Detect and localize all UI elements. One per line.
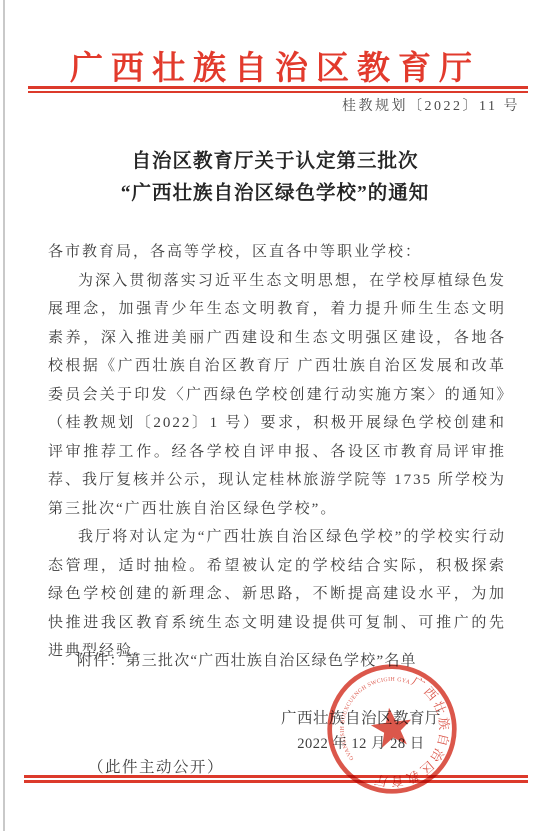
seal-star-icon xyxy=(369,705,415,749)
scan-edge-line xyxy=(3,0,5,831)
header-rule-bottom xyxy=(28,91,528,93)
seal-zhuang-ring-text: GVANGJSIH BOUXCUENGH SWCIGIH GYAUYUZDING… xyxy=(325,662,421,764)
body-paragraph-2: 我厅将对认定为“广西壮族自治区绿色学校”的学校实行动态管理，适时抽检。希望被认定… xyxy=(48,523,506,666)
header-rule-top xyxy=(28,86,528,89)
seal-chinese-ring-text: 广西壮族自治区教育厅 xyxy=(357,670,459,792)
letterhead-org-name: 广西壮族自治区教育厅 xyxy=(0,42,550,89)
document-title: 自治区教育厅关于认定第三批次 “广西壮族自治区绿色学校”的通知 xyxy=(0,146,550,209)
document-number: 桂教规划〔2022〕11 号 xyxy=(342,95,520,115)
public-disclosure-note: （此件主动公开） xyxy=(88,755,224,777)
document-body: 各市教育局，各高等学校，区直各中等职业学校： 为深入贯彻落实习近平生态文明思想，… xyxy=(48,238,506,666)
document-title-line1: 自治区教育厅关于认定第三批次 xyxy=(0,146,550,178)
document-title-line2: “广西壮族自治区绿色学校”的通知 xyxy=(0,178,550,210)
official-seal-stamp: 广西壮族自治区教育厅 GVANGJSIH BOUXCUENGH SWCIGIH … xyxy=(325,662,459,796)
salutation: 各市教育局，各高等学校，区直各中等职业学校： xyxy=(48,238,506,267)
document-page: 广西壮族自治区教育厅 桂教规划〔2022〕11 号 自治区教育厅关于认定第三批次… xyxy=(0,0,550,831)
body-paragraph-1: 为深入贯彻落实习近平生态文明思想，在学校厚植绿色发展理念，加强青少年生态文明教育… xyxy=(48,267,506,524)
